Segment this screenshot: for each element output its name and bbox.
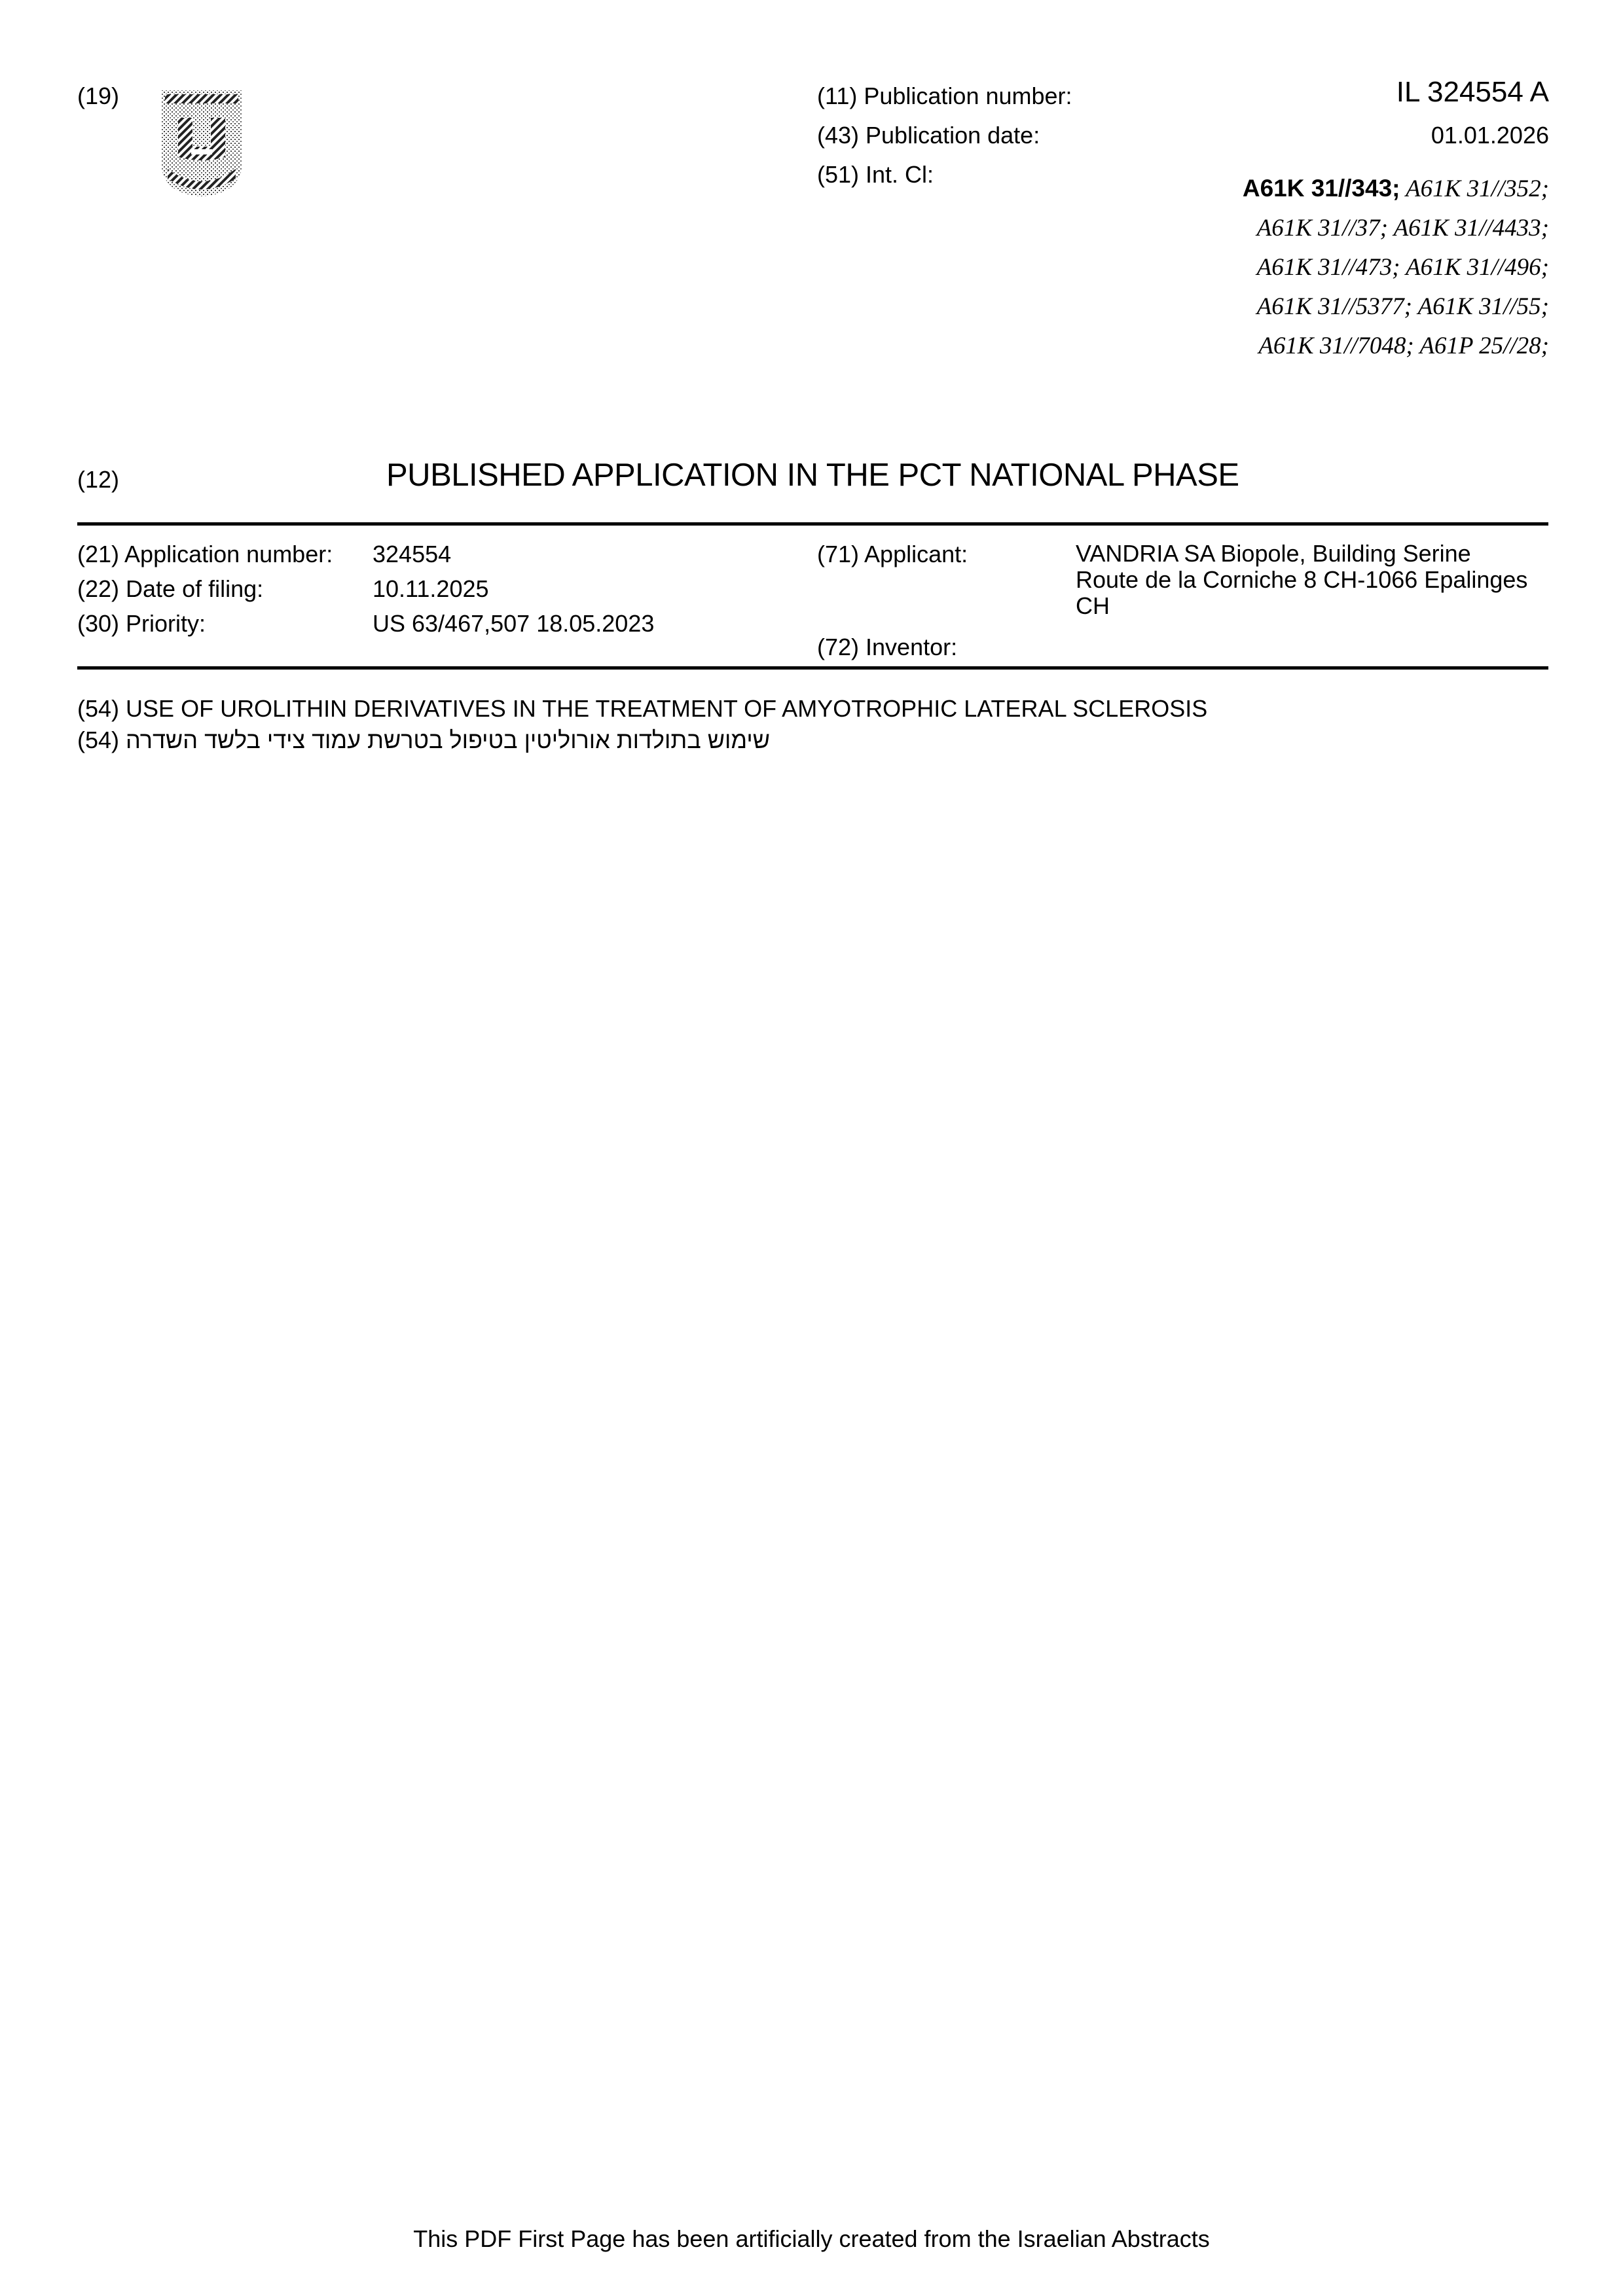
title-hebrew-text: שימוש בתולדות אורוליטין בטיפול בטרשת עמו… bbox=[126, 726, 770, 754]
priority-label: (30) Priority: bbox=[77, 610, 206, 637]
applicant-line: VANDRIA SA Biopole, Building Serine bbox=[1076, 541, 1527, 567]
footer-note: This PDF First Page has been artificiall… bbox=[0, 2225, 1623, 2253]
priority-value: US 63/467,507 18.05.2023 bbox=[373, 610, 654, 637]
applicant-line: CH bbox=[1076, 593, 1527, 619]
office-code: (19) bbox=[77, 82, 119, 110]
classification-line: A61K 31//473; A61K 31//496; bbox=[817, 248, 1549, 287]
document-type-code: (12) bbox=[77, 466, 119, 493]
inventor-label: (72) Inventor: bbox=[817, 634, 957, 661]
title-english: (54) USE OF UROLITHIN DERIVATIVES IN THE… bbox=[77, 695, 1207, 723]
document-type-title: PUBLISHED APPLICATION IN THE PCT NATIONA… bbox=[386, 457, 1239, 493]
publication-date-value: 01.01.2026 bbox=[1431, 122, 1549, 149]
application-number-label: (21) Application number: bbox=[77, 541, 333, 568]
israel-state-emblem-icon bbox=[156, 84, 247, 202]
priority-row: (30) Priority: US 63/467,507 18.05.2023 bbox=[77, 610, 732, 645]
int-cl-classifications: A61K 31//343; A61K 31//352; A61K 31//37;… bbox=[817, 169, 1549, 366]
filing-date-row: (22) Date of filing: 10.11.2025 bbox=[77, 575, 732, 610]
filing-date-label: (22) Date of filing: bbox=[77, 575, 263, 603]
classification-line: A61K 31//37; A61K 31//4433; bbox=[817, 209, 1549, 248]
filing-date-value: 10.11.2025 bbox=[373, 575, 489, 603]
publication-number-label: (11) Publication number: bbox=[817, 82, 1072, 110]
classification-line: A61K 31//7048; A61P 25//28; bbox=[817, 327, 1549, 366]
application-number-row: (21) Application number: 324554 bbox=[77, 541, 732, 575]
publication-number-row: (11) Publication number: IL 324554 A bbox=[817, 82, 1549, 122]
applicant-value: VANDRIA SA Biopole, Building Serine Rout… bbox=[1076, 541, 1527, 619]
publication-date-row: (43) Publication date: 01.01.2026 bbox=[817, 122, 1549, 161]
title-english-text: USE OF UROLITHIN DERIVATIVES IN THE TREA… bbox=[126, 695, 1207, 722]
classification-text: A61K 31//352; bbox=[1400, 175, 1550, 202]
primary-classification: A61K 31//343; bbox=[1243, 175, 1400, 202]
top-divider bbox=[77, 522, 1548, 526]
title-code: (54) bbox=[77, 695, 119, 722]
publication-number-value: IL 324554 A bbox=[1396, 79, 1549, 106]
applicant-label: (71) Applicant: bbox=[817, 541, 968, 568]
publication-date-label: (43) Publication date: bbox=[817, 122, 1040, 149]
application-number-value: 324554 bbox=[373, 541, 451, 568]
classification-line: A61K 31//5377; A61K 31//55; bbox=[817, 287, 1549, 327]
applicant-line: Route de la Corniche 8 CH-1066 Epalinges bbox=[1076, 567, 1527, 593]
bottom-divider bbox=[77, 666, 1548, 670]
title-hebrew: (54) שימוש בתולדות אורוליטין בטיפול בטרש… bbox=[77, 726, 770, 754]
title-code: (54) bbox=[77, 726, 119, 753]
classification-line: A61K 31//343; A61K 31//352; bbox=[817, 169, 1549, 209]
bibliographic-left: (21) Application number: 324554 (22) Dat… bbox=[77, 541, 732, 645]
